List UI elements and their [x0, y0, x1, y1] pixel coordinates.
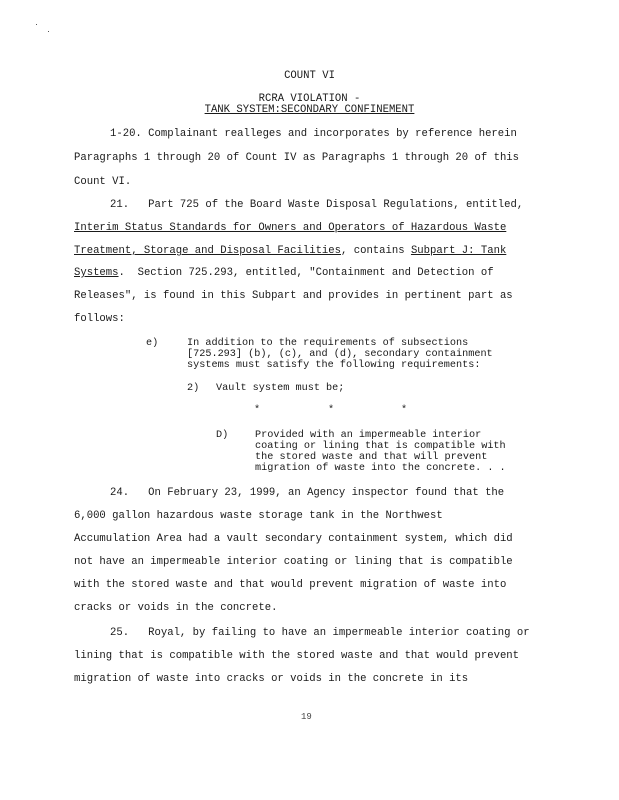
scan-speck — [36, 24, 37, 25]
paragraph-24-line: 24. On February 23, 1999, an Agency insp… — [110, 487, 504, 499]
subpart-title-cont: Systems — [74, 267, 119, 279]
quote-e-line: systems must satisfy the following requi… — [187, 360, 480, 372]
paragraph-1-20-line: Count VI. — [74, 176, 131, 188]
paragraph-1-20-line: Paragraphs 1 through 20 of Count IV as P… — [74, 152, 519, 164]
quote-e-line: In addition to the requirements of subse… — [187, 338, 468, 350]
paragraph-24-line: cracks or voids in the concrete. — [74, 602, 277, 614]
quote-label-2: 2) — [187, 383, 199, 395]
paragraph-25-line: migration of waste into cracks or voids … — [74, 673, 468, 685]
paragraph-24-line: with the stored waste and that would pre… — [74, 579, 506, 591]
quote-label-e: e) — [146, 338, 158, 350]
paragraph-21-line: Treatment, Storage and Disposal Faciliti… — [74, 245, 506, 257]
paragraph-24-line: not have an impermeable interior coating… — [74, 556, 513, 568]
paragraph-24-line: Accumulation Area had a vault secondary … — [74, 533, 513, 545]
paragraph-21-line: Releases", is found in this Subpart and … — [74, 290, 513, 302]
ellipsis-asterisk: * — [328, 405, 334, 417]
quote-d-line: Provided with an impermeable interior — [255, 430, 481, 442]
quote-d-line: migration of waste into the concrete. . … — [255, 463, 506, 475]
quote-label-d: D) — [216, 430, 228, 442]
paragraph-1-20-line: 1-20. Complainant realleges and incorpor… — [110, 128, 517, 140]
ellipsis-asterisk: * — [401, 405, 407, 417]
paragraph-21-line: follows: — [74, 313, 125, 325]
paragraph-25-line: lining that is compatible with the store… — [74, 650, 519, 662]
quote-e-line: [725.293] (b), (c), and (d), secondary c… — [187, 349, 493, 361]
document-page: COUNT VI RCRA VIOLATION - TANK SYSTEM:SE… — [0, 0, 619, 800]
regulation-title: Interim Status Standards for Owners and … — [74, 222, 506, 234]
subpart-title: Subpart J: Tank — [411, 245, 506, 257]
ellipsis-asterisk: * — [254, 405, 260, 417]
paragraph-24-line: 6,000 gallon hazardous waste storage tan… — [74, 510, 443, 522]
violation-subtitle: TANK SYSTEM:SECONDARY CONFINEMENT — [0, 104, 619, 116]
quote-d-line: the stored waste and that will prevent — [255, 452, 487, 464]
count-heading: COUNT VI — [0, 70, 619, 82]
paragraph-21-line: 21. Part 725 of the Board Waste Disposal… — [110, 199, 523, 211]
paragraph-21-line: Systems. Section 725.293, entitled, "Con… — [74, 267, 494, 279]
page-number: 19 — [301, 711, 312, 723]
quote-item-2: Vault system must be; — [216, 383, 344, 395]
regulation-title-cont: Treatment, Storage and Disposal Faciliti… — [74, 245, 341, 257]
scan-speck — [48, 31, 49, 32]
paragraph-25-line: 25. Royal, by failing to have an imperme… — [110, 627, 530, 639]
quote-d-line: coating or lining that is compatible wit… — [255, 441, 506, 453]
